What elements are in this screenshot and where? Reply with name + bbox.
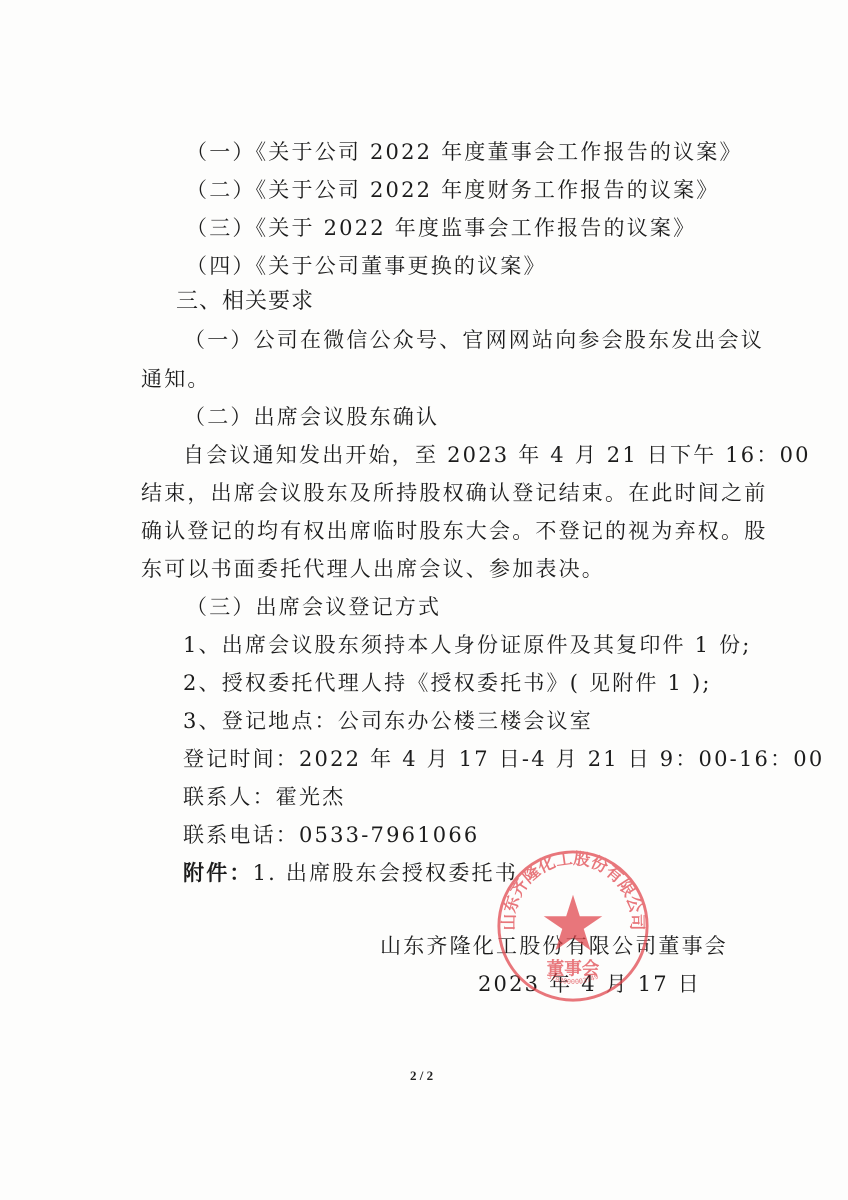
requirement-1-line-1: （一）公司在微信公众号、官网网站向参会股东发出会议 — [184, 326, 764, 354]
requirement-1-line-2: 通知。 — [141, 365, 211, 393]
contact-phone: 联系电话：0533-7961066 — [183, 821, 479, 849]
requirement-2-para-line-4: 东可以书面委托代理人出席会议、参加表决。 — [141, 555, 605, 583]
requirement-2-title: （二）出席会议股东确认 — [184, 403, 439, 431]
agenda-item-1: （一）《关于公司 2022 年度董事会工作报告的议案》 — [186, 138, 743, 166]
requirement-3-title: （三）出席会议登记方式 — [186, 593, 441, 621]
requirement-2-para-line-2: 结束，出席会议股东及所持股权确认登记结束。在此时间之前 — [141, 479, 767, 507]
agenda-item-4: （四）《关于公司董事更换的议案》 — [186, 252, 547, 280]
signature-organization: 山东齐隆化工股份有限公司董事会 — [380, 932, 728, 960]
requirement-3-item-3: 3、登记地点：公司东办公楼三楼会议室 — [183, 707, 593, 735]
requirement-2-para-line-1: 自会议通知发出开始，至 2023 年 4 月 21 日下午 16：00 — [183, 441, 811, 469]
attachment-label: 附件： — [183, 861, 253, 885]
page-number: 2 / 2 — [410, 1068, 433, 1084]
requirement-3-item-2: 2、授权委托代理人持《授权委托书》( 见附件 1 ); — [183, 669, 712, 697]
registration-time: 登记时间：2022 年 4 月 17 日-4 月 21 日 9：00-16：00 — [183, 745, 824, 773]
document-page: （一）《关于公司 2022 年度董事会工作报告的议案》 （二）《关于公司 202… — [0, 0, 848, 1200]
requirement-2-para-line-3: 确认登记的均有权出席临时股东大会。不登记的视为弃权。股 — [141, 517, 767, 545]
seal-arc-text: 山东齐隆化工股份有限公司 — [499, 849, 646, 931]
signature-date: 2023 年 4 月 17 日 — [478, 970, 701, 998]
contact-person: 联系人：霍光杰 — [183, 783, 345, 811]
svg-text:山东齐隆化工股份有限公司: 山东齐隆化工股份有限公司 — [499, 849, 646, 931]
requirement-3-item-1: 1、出席会议股东须持本人身份证原件及其复印件 1 份; — [183, 631, 752, 659]
agenda-item-2: （二）《关于公司 2022 年度财务工作报告的议案》 — [186, 176, 720, 204]
agenda-item-3: （三）《关于 2022 年度监事会工作报告的议案》 — [186, 214, 696, 242]
attachment-link[interactable]: 1. 出席股东会授权委托书 — [253, 861, 518, 885]
section-heading: 三、相关要求 — [176, 288, 314, 316]
attachment-line: 附件：1. 出席股东会授权委托书 — [183, 859, 518, 887]
